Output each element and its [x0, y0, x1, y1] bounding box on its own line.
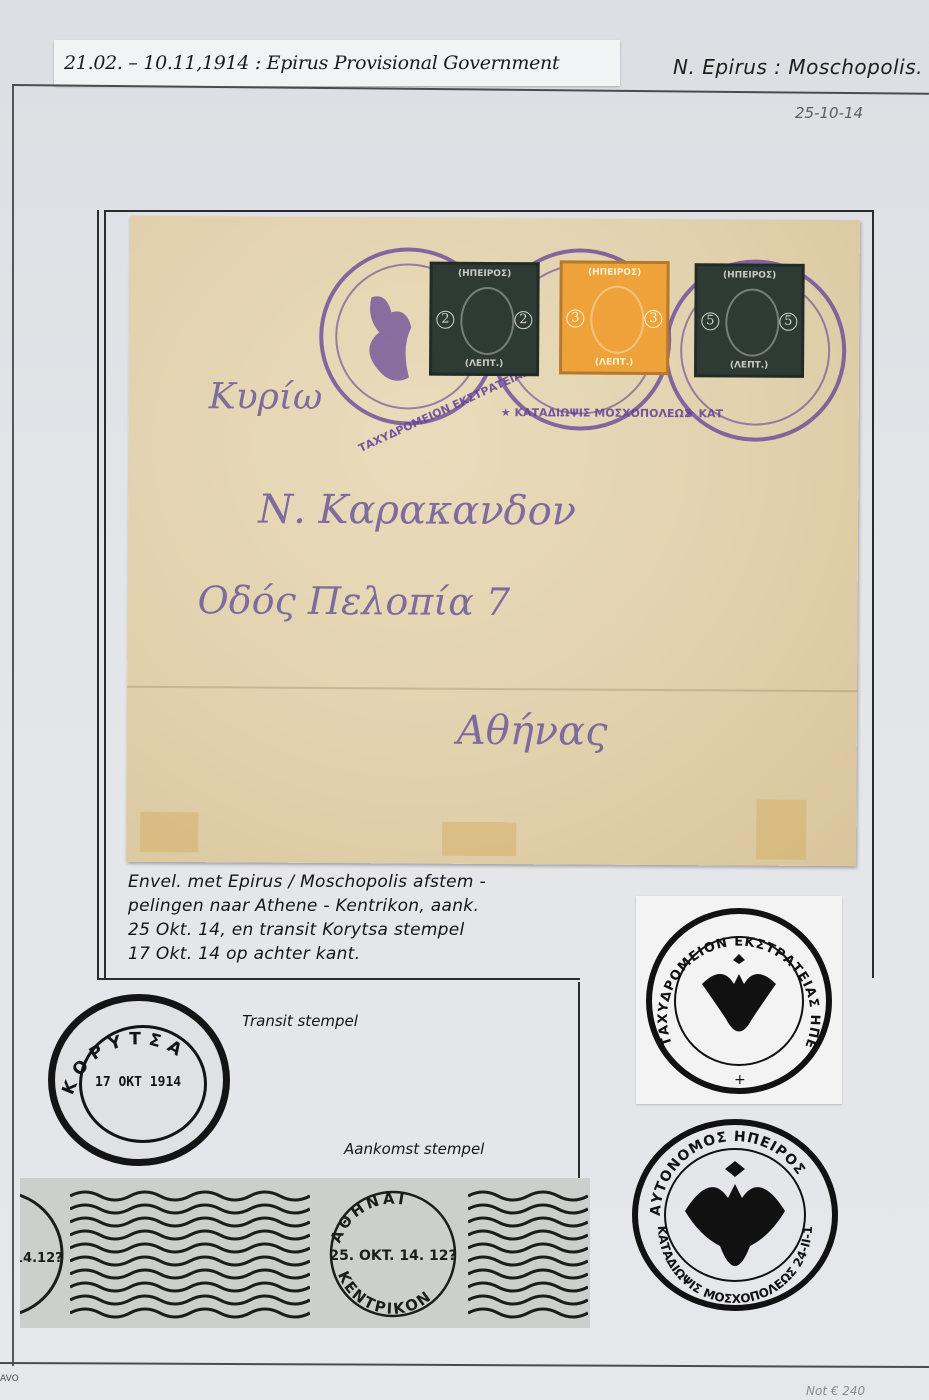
hinge-tape: [140, 812, 198, 852]
frame-line: [578, 982, 580, 1182]
svg-text:ΤΑΧΥΔΡΟΜΕΙΟΝ ΕΚΣΤΡΑΤΕΙΑΣ ΗΠΕΙΡ: ΤΑΧΥΔΡΟΜΕΙΟΝ ΕΚΣΤΡΑΤΕΙΑΣ ΗΠΕΙΡΟΥ: [642, 904, 822, 1051]
svg-text:ΚΕΝΤΡΙΚΟΝ: ΚΕΝΤΡΙΚΟΝ: [334, 1268, 436, 1318]
region-heading: N. Epirus : Moschopolis.: [673, 55, 923, 79]
seal-card: ΑΥΤΟΝΟΜΟΣ ΗΠΕΙΡΟΣ ΚΑΤΑΔΙΩΨΙΣ ΜΟΣΧΟΠΟΛΕΩΣ…: [630, 1116, 840, 1314]
stamp: (ΗΠΕΙΡΟΣ) 3 3 (ΛΕΠΤ.): [559, 260, 670, 375]
frame-line: [97, 210, 99, 980]
bottom-rule-divider: [0, 1362, 929, 1368]
cover-description: Envel. met Epirus / Moschopolis afstem -…: [128, 870, 628, 966]
address-line: Κυρίω: [209, 376, 323, 418]
hinge-tape: [442, 822, 516, 856]
autonomous-epirus-seal: ΑΥΤΟΝΟΜΟΣ ΗΠΕΙΡΟΣ ΚΑΤΑΔΙΩΨΙΣ ΜΟΣΧΟΠΟΛΕΩΣ…: [630, 1116, 840, 1314]
page-title-strip: 21.02. – 10.11,1914 : Epirus Provisional…: [54, 40, 620, 86]
seal-card: ΤΑΧΥΔΡΟΜΕΙΟΝ ΕΚΣΤΡΑΤΕΙΑΣ ΗΠΕΙΡΟΥ +: [636, 896, 842, 1104]
album-page: 21.02. – 10.11,1914 : Epirus Provisional…: [0, 0, 929, 1400]
svg-text:+: +: [734, 1072, 746, 1088]
address-line: Αθήνας: [457, 708, 608, 755]
svg-text:14.12?: 14.12?: [20, 1251, 63, 1266]
cancellation-text: ★ ΚΑΤΑΔΙΩΨΙΣ ΜΟΣΧΟΠΟΛΕΩΣ: [501, 406, 692, 420]
wavy-cancel-lines: [468, 1186, 588, 1326]
stamp: (ΗΠΕΙΡΟΣ) 2 2 (ΛΕΠΤ.): [429, 262, 540, 377]
address-line: Ν. Καρακανδον: [258, 487, 576, 535]
arrival-label: Aankomst stempel: [344, 1140, 484, 1158]
cancellation-text: ★ ΚΑΤ: [685, 407, 723, 420]
svg-text:25. OKT. 14. 12?: 25. OKT. 14. 12?: [329, 1248, 456, 1264]
athens-postmark: ΑΘΗΝΑΙ ΚΕΝΤΡΙΚΟΝ 25. OKT. 14. 12?: [318, 1184, 468, 1324]
stamp: (ΗΠΕΙΡΟΣ) 5 5 (ΛΕΠΤ.): [694, 263, 805, 378]
arrival-postmark-strip: 14.12? ΑΘΗΝΑΙ ΚΕΝΤΡΙΚΟΝ 25. OKT. 14. 12?: [20, 1178, 590, 1328]
pencil-price-note: Not € 240: [806, 1384, 865, 1398]
address-line: Οδός Πελοπία 7: [197, 578, 510, 624]
wavy-cancel-lines: [70, 1186, 310, 1326]
footer-mark: AVO: [0, 1374, 19, 1384]
eagle-cancel-icon: [351, 287, 432, 397]
transit-postmark: ΚΟΡΥΤΣΑ 17 OKT 1914: [48, 994, 230, 1166]
expedition-seal: ΤΑΧΥΔΡΟΜΕΙΟΝ ΕΚΣΤΡΑΤΕΙΑΣ ΗΠΕΙΡΟΥ +: [642, 904, 836, 1098]
hinge-tape: [756, 800, 806, 860]
left-rule-divider: [12, 86, 14, 1366]
page-title: 21.02. – 10.11,1914 : Epirus Provisional…: [64, 52, 559, 74]
pencil-date-note: 25-10-14: [795, 104, 863, 122]
envelope-fold: [127, 686, 857, 692]
svg-text:ΑΘΗΝΑΙ: ΑΘΗΝΑΙ: [327, 1189, 409, 1245]
envelope-cover: ΤΑΧΥΔΡΟΜΕΙΟΝ ΕΚΣΤΡΑΤΕΙΑΣ ★ ΚΑΤΑΔΙΩΨΙΣ ΜΟ…: [126, 216, 860, 866]
partial-postmark: 14.12?: [20, 1184, 70, 1324]
frame-line: [97, 978, 580, 980]
transit-label: Transit stempel: [242, 1012, 358, 1030]
